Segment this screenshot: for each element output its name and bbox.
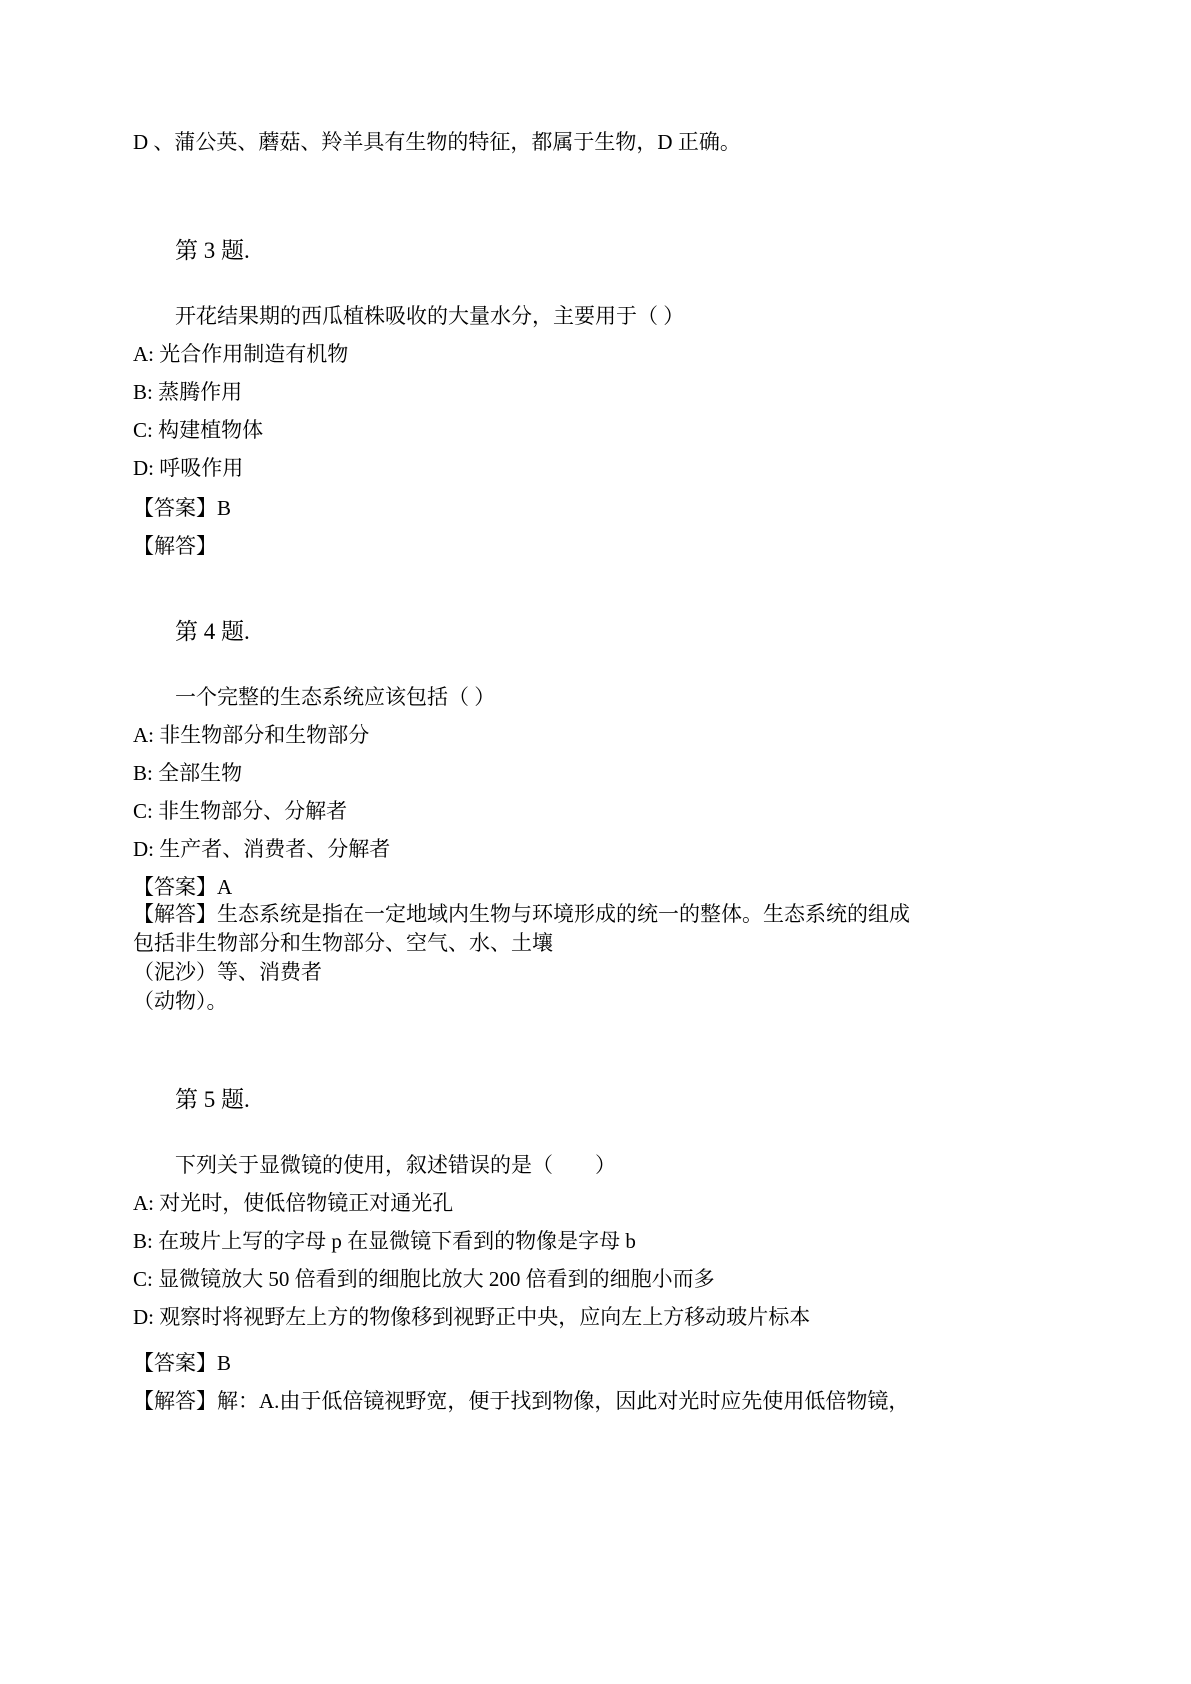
question-3-section: 第 3 题. 开花结果期的西瓜植株吸收的大量水分，主要用于（ ） A: 光合作用… xyxy=(133,233,1131,565)
question-5-stem: 下列关于显微镜的使用，叙述错误的是（ ） xyxy=(133,1146,1131,1184)
question-5-section: 第 5 题. 下列关于显微镜的使用，叙述错误的是（ ） A: 对光时，使低倍物镜… xyxy=(133,1082,1131,1420)
question-4-section: 第 4 题. 一个完整的生态系统应该包括（ ） A: 非生物部分和生物部分 B:… xyxy=(133,614,1131,1016)
question-3-option-a: A: 光合作用制造有机物 xyxy=(133,335,1131,373)
question-4-title: 第 4 题. xyxy=(133,614,1131,650)
question-5-title: 第 5 题. xyxy=(133,1082,1131,1118)
question-4-explanation-line-1: 【解答】生态系统是指在一定地域内生物与环境形成的统一的整体。生态系统的组成 xyxy=(133,900,1131,929)
question-4-explanation: 【解答】生态系统是指在一定地域内生物与环境形成的统一的整体。生态系统的组成 包括… xyxy=(133,900,1131,1016)
question-5-option-a: A: 对光时，使低倍物镜正对通光孔 xyxy=(133,1184,1131,1222)
question-3-answer: 【答案】B xyxy=(133,489,1131,527)
question-5-answer: 【答案】B xyxy=(133,1344,1131,1382)
question-3-stem: 开花结果期的西瓜植株吸收的大量水分，主要用于（ ） xyxy=(133,297,1131,335)
question-3-option-b: B: 蒸腾作用 xyxy=(133,373,1131,411)
question-4-option-a: A: 非生物部分和生物部分 xyxy=(133,716,1131,754)
question-3-explanation: 【解答】 xyxy=(133,527,1131,565)
question-4-option-d: D: 生产者、消费者、分解者 xyxy=(133,830,1131,868)
question-5-option-b: B: 在玻片上写的字母 p 在显微镜下看到的物像是字母 b xyxy=(133,1222,1131,1260)
question-5-explanation: 【解答】解：A.由于低倍镜视野宽，便于找到物像，因此对光时应先使用低倍物镜， xyxy=(133,1382,1131,1420)
question-5-option-d: D: 观察时将视野左上方的物像移到视野正中央，应向左上方移动玻片标本 xyxy=(133,1298,1131,1336)
question-3-title: 第 3 题. xyxy=(133,233,1131,269)
question-4-option-c: C: 非生物部分、分解者 xyxy=(133,792,1131,830)
document-page: D 、蒲公英、蘑菇、羚羊具有生物的特征，都属于生物，D 正确。 第 3 题. 开… xyxy=(0,0,1191,1684)
question-4-option-b: B: 全部生物 xyxy=(133,754,1131,792)
question-3-option-c: C: 构建植物体 xyxy=(133,411,1131,449)
question-5-option-c: C: 显微镜放大 50 倍看到的细胞比放大 200 倍看到的细胞小而多 xyxy=(133,1260,1131,1298)
question-4-stem: 一个完整的生态系统应该包括（ ） xyxy=(133,678,1131,716)
question-4-explanation-line-2: 包括非生物部分和生物部分、空气、水、土壤 xyxy=(133,929,1131,958)
question-4-explanation-line-4: （动物）。 xyxy=(133,987,1131,1016)
question-4-explanation-line-3: （泥沙）等、消费者 xyxy=(133,958,1131,987)
previous-answer-tail-line: D 、蒲公英、蘑菇、羚羊具有生物的特征，都属于生物，D 正确。 xyxy=(133,123,1131,161)
question-3-option-d: D: 呼吸作用 xyxy=(133,449,1131,487)
